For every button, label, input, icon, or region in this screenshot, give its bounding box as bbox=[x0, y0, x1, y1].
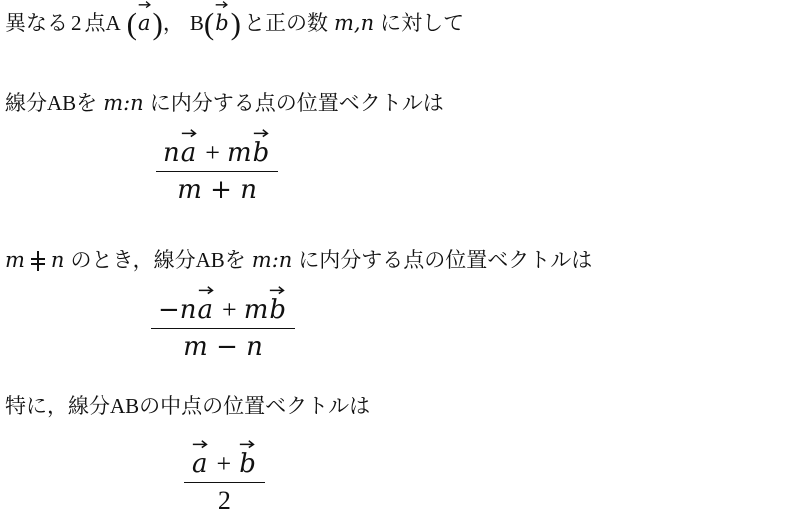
statement-text: 特に，線分ABの中点の位置ベクトルは bbox=[5, 394, 370, 418]
midpoint-statement-line: 特に，線分ABの中点の位置ベクトルは bbox=[5, 391, 800, 421]
vector-a: a bbox=[198, 296, 214, 324]
intro-text-mid: と正の数 bbox=[244, 11, 328, 35]
statement-mid: のとき，線分ABを bbox=[70, 248, 245, 272]
vector-b: b bbox=[215, 8, 228, 38]
vector-arrow-icon bbox=[239, 439, 256, 448]
division-point-formula-2: −na+mb m − n bbox=[151, 283, 800, 362]
vector-b-symbol: b bbox=[239, 449, 256, 479]
right-paren: ) bbox=[153, 6, 163, 41]
coefficient-n: n bbox=[163, 138, 180, 168]
vector-arrow-icon bbox=[138, 0, 152, 8]
variables-mn: m,n bbox=[334, 11, 374, 35]
vector-a-symbol: a bbox=[181, 138, 197, 168]
vector-a: a bbox=[192, 450, 208, 478]
vector-b-symbol: b bbox=[269, 295, 286, 325]
vector-arrow-icon bbox=[253, 128, 270, 137]
vector-b-symbol: b bbox=[215, 11, 228, 35]
variable-m: m bbox=[5, 248, 25, 272]
coefficient-neg-n: −n bbox=[158, 295, 197, 325]
fraction-numerator: na+mb bbox=[156, 126, 278, 171]
midpoint-formula: a+b 2 bbox=[184, 437, 800, 516]
ratio-mn: m:n bbox=[252, 248, 293, 272]
coefficient-m: m bbox=[244, 295, 269, 325]
vector-arrow-icon bbox=[269, 285, 286, 294]
fraction-denominator: 2 bbox=[184, 482, 265, 516]
intro-text-point-a: 点A bbox=[85, 11, 121, 35]
left-paren: ( bbox=[127, 6, 137, 41]
fraction-numerator: −na+mb bbox=[151, 283, 295, 328]
vector-b: b bbox=[269, 296, 286, 324]
coefficient-m: m bbox=[227, 138, 252, 168]
vector-a: a bbox=[181, 139, 197, 167]
division-statement-line-2: mnのとき，線分ABをm:nに内分する点の位置ベクトルは bbox=[5, 245, 800, 275]
vector-arrow-icon bbox=[215, 0, 229, 8]
vector-a-symbol: a bbox=[192, 449, 208, 479]
vector-arrow-icon bbox=[198, 285, 215, 294]
vector-arrow-icon bbox=[192, 439, 209, 448]
not-equal-icon bbox=[30, 252, 46, 270]
point-count: 2 bbox=[71, 11, 82, 35]
math-document-page: 異なる2点A(a)，B(b)と正の数m,nに対して 線分ABをm:nに内分する点… bbox=[0, 0, 800, 530]
plus-operator: + bbox=[217, 449, 232, 478]
vector-b: b bbox=[239, 450, 256, 478]
comma: ， bbox=[163, 11, 184, 35]
vector-a: a bbox=[138, 8, 151, 38]
point-b-label: B bbox=[190, 11, 204, 35]
right-paren: ) bbox=[231, 6, 241, 41]
left-paren: ( bbox=[204, 6, 214, 41]
intro-statement-line: 異なる2点A(a)，B(b)と正の数m,nに対して bbox=[5, 8, 800, 38]
fraction: a+b 2 bbox=[184, 437, 265, 516]
vector-b-symbol: b bbox=[253, 138, 270, 168]
ratio-mn: m:n bbox=[103, 91, 144, 115]
statement-tail: に内分する点の位置ベクトルは bbox=[150, 91, 444, 115]
fraction: na+mb m + n bbox=[156, 126, 278, 205]
statement-tail: に内分する点の位置ベクトルは bbox=[298, 248, 592, 272]
vector-a-symbol: a bbox=[198, 295, 214, 325]
intro-text-tail: に対して bbox=[380, 11, 464, 35]
variable-n: n bbox=[51, 248, 65, 272]
division-point-formula-1: na+mb m + n bbox=[156, 126, 800, 205]
vector-arrow-icon bbox=[181, 128, 198, 137]
fraction-denominator: m + n bbox=[156, 171, 278, 205]
intro-text-pre: 異なる bbox=[5, 11, 68, 35]
plus-operator: + bbox=[205, 138, 220, 167]
vector-a-symbol: a bbox=[138, 11, 151, 35]
plus-operator: + bbox=[222, 295, 237, 324]
statement-pre: 線分ABを bbox=[5, 91, 97, 115]
fraction-denominator: m − n bbox=[151, 328, 295, 362]
fraction-numerator: a+b bbox=[184, 437, 265, 482]
vector-b: b bbox=[253, 139, 270, 167]
division-statement-line-1: 線分ABをm:nに内分する点の位置ベクトルは bbox=[5, 88, 800, 118]
fraction: −na+mb m − n bbox=[151, 283, 295, 362]
